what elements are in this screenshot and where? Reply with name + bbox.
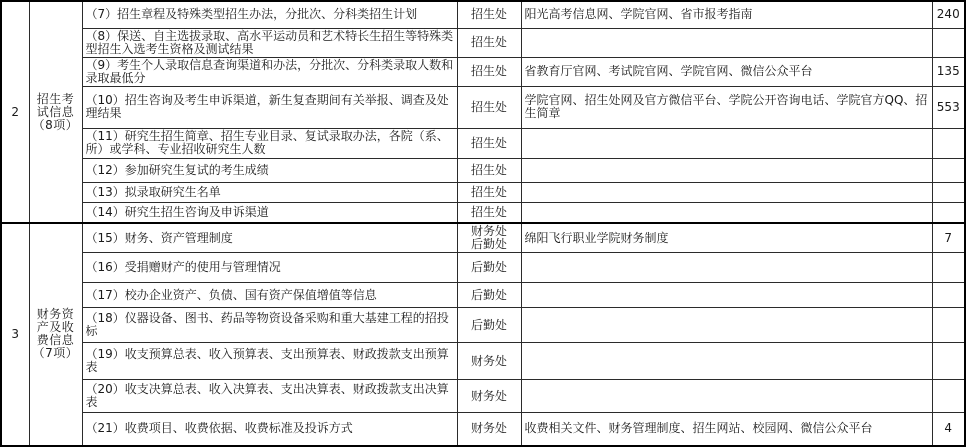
count-cell: 7	[932, 223, 965, 253]
count-cell	[932, 343, 965, 380]
count-cell	[932, 128, 965, 158]
department-cell: 招生处	[457, 57, 521, 86]
table-row: （13）拟录取研究生名单 招生处	[1, 182, 965, 202]
channels-cell: 阳光高考信息网、学院官网、省市报考指南	[521, 1, 932, 28]
item-cell: （21）收费项目、收费依据、收费标准及投诉方式	[82, 413, 457, 446]
item-cell: （18）仪器设备、图书、药品等物资设备采购和重大基建工程的招投标	[82, 308, 457, 343]
department-cell: 财务处	[457, 380, 521, 413]
section-number: 2	[1, 1, 29, 223]
department-cell: 后勤处	[457, 308, 521, 343]
item-cell: （15）财务、资产管理制度	[82, 223, 457, 253]
count-cell	[932, 182, 965, 202]
table-row: （20）收支决算总表、收入决算表、支出决算表、财政拨款支出决算表 财务处	[1, 380, 965, 413]
department-cell: 招生处	[457, 28, 521, 57]
table-row: （19）收支预算总表、收入预算表、支出预算表、财政拨款支出预算表 财务处	[1, 343, 965, 380]
channels-cell	[521, 28, 932, 57]
channels-cell: 省教育厅官网、考试院官网、学院官网、微信公众平台	[521, 57, 932, 86]
item-cell: （19）收支预算总表、收入预算表、支出预算表、财政拨款支出预算表	[82, 343, 457, 380]
department-cell: 招生处	[457, 202, 521, 223]
department-cell: 招生处	[457, 1, 521, 28]
item-cell: （12）参加研究生复试的考生成绩	[82, 158, 457, 182]
table-row: （9）考生个人录取信息查询渠道和办法，分批次、分科类录取人数和录取最低分 招生处…	[1, 57, 965, 86]
table-row: （12）参加研究生复试的考生成绩 招生处	[1, 158, 965, 182]
channels-cell	[521, 380, 932, 413]
channels-cell	[521, 202, 932, 223]
channels-cell	[521, 308, 932, 343]
section-category: 招生考 试信息 （8项）	[29, 1, 82, 223]
count-cell	[932, 158, 965, 182]
table-row: （21）收费项目、收费依据、收费标准及投诉方式 财务处 收费相关文件、财务管理制…	[1, 413, 965, 446]
count-cell	[932, 308, 965, 343]
count-cell: 4	[932, 413, 965, 446]
channels-cell	[521, 343, 932, 380]
table-row: （14）研究生招生咨询及申诉渠道 招生处	[1, 202, 965, 223]
count-cell: 240	[932, 1, 965, 28]
channels-cell: 收费相关文件、财务管理制度、招生网站、校园网、微信公众平台	[521, 413, 932, 446]
department-cell: 后勤处	[457, 253, 521, 283]
item-cell: （17）校办企业资产、负债、国有资产保值增值等信息	[82, 283, 457, 308]
count-cell	[932, 253, 965, 283]
table-row: （8）保送、自主选拔录取、高水平运动员和艺术特长生招生等特殊类型招生入选考生资格…	[1, 28, 965, 57]
item-cell: （14）研究生招生咨询及申诉渠道	[82, 202, 457, 223]
table-row: （11）研究生招生简章、招生专业目录、复试录取办法，各院（系、所）或学科、专业招…	[1, 128, 965, 158]
table-row: （16）受捐赠财产的使用与管理情况 后勤处	[1, 253, 965, 283]
item-cell: （16）受捐赠财产的使用与管理情况	[82, 253, 457, 283]
item-cell: （11）研究生招生简章、招生专业目录、复试录取办法，各院（系、所）或学科、专业招…	[82, 128, 457, 158]
section-number: 3	[1, 223, 29, 446]
department-cell: 招生处	[457, 158, 521, 182]
department-cell: 财务处	[457, 343, 521, 380]
channels-cell: 绵阳飞行职业学院财务制度	[521, 223, 932, 253]
count-cell	[932, 283, 965, 308]
department-cell: 财务处 后勤处	[457, 223, 521, 253]
department-cell: 财务处	[457, 413, 521, 446]
channels-cell	[521, 283, 932, 308]
count-cell	[932, 28, 965, 57]
count-cell	[932, 380, 965, 413]
item-cell: （20）收支决算总表、收入决算表、支出决算表、财政拨款支出决算表	[82, 380, 457, 413]
info-disclosure-table: 2 招生考 试信息 （8项） （7）招生章程及特殊类型招生办法，分批次、分科类招…	[0, 0, 966, 447]
table-row: （18）仪器设备、图书、药品等物资设备采购和重大基建工程的招投标 后勤处	[1, 308, 965, 343]
section-category: 财务资 产及收 费信息 （7项）	[29, 223, 82, 446]
department-cell: 招生处	[457, 182, 521, 202]
item-cell: （13）拟录取研究生名单	[82, 182, 457, 202]
table-row: 2 招生考 试信息 （8项） （7）招生章程及特殊类型招生办法，分批次、分科类招…	[1, 1, 965, 28]
item-cell: （10）招生咨询及考生申诉渠道，新生复查期间有关举报、调查及处理结果	[82, 86, 457, 128]
item-cell: （9）考生个人录取信息查询渠道和办法，分批次、分科类录取人数和录取最低分	[82, 57, 457, 86]
count-cell	[932, 202, 965, 223]
table-row: （17）校办企业资产、负债、国有资产保值增值等信息 后勤处	[1, 283, 965, 308]
channels-cell	[521, 182, 932, 202]
department-cell: 招生处	[457, 128, 521, 158]
item-cell: （8）保送、自主选拔录取、高水平运动员和艺术特长生招生等特殊类型招生入选考生资格…	[82, 28, 457, 57]
channels-cell: 学院官网、招生处网及官方微信平台、学院公开咨询电话、学院官方QQ、招生简章	[521, 86, 932, 128]
table-row: （10）招生咨询及考生申诉渠道，新生复查期间有关举报、调查及处理结果 招生处 学…	[1, 86, 965, 128]
department-cell: 招生处	[457, 86, 521, 128]
department-cell: 后勤处	[457, 283, 521, 308]
channels-cell	[521, 158, 932, 182]
count-cell: 553	[932, 86, 965, 128]
channels-cell	[521, 128, 932, 158]
count-cell: 135	[932, 57, 965, 86]
item-cell: （7）招生章程及特殊类型招生办法，分批次、分科类招生计划	[82, 1, 457, 28]
channels-cell	[521, 253, 932, 283]
table-row: 3 财务资 产及收 费信息 （7项） （15）财务、资产管理制度 财务处 后勤处…	[1, 223, 965, 253]
